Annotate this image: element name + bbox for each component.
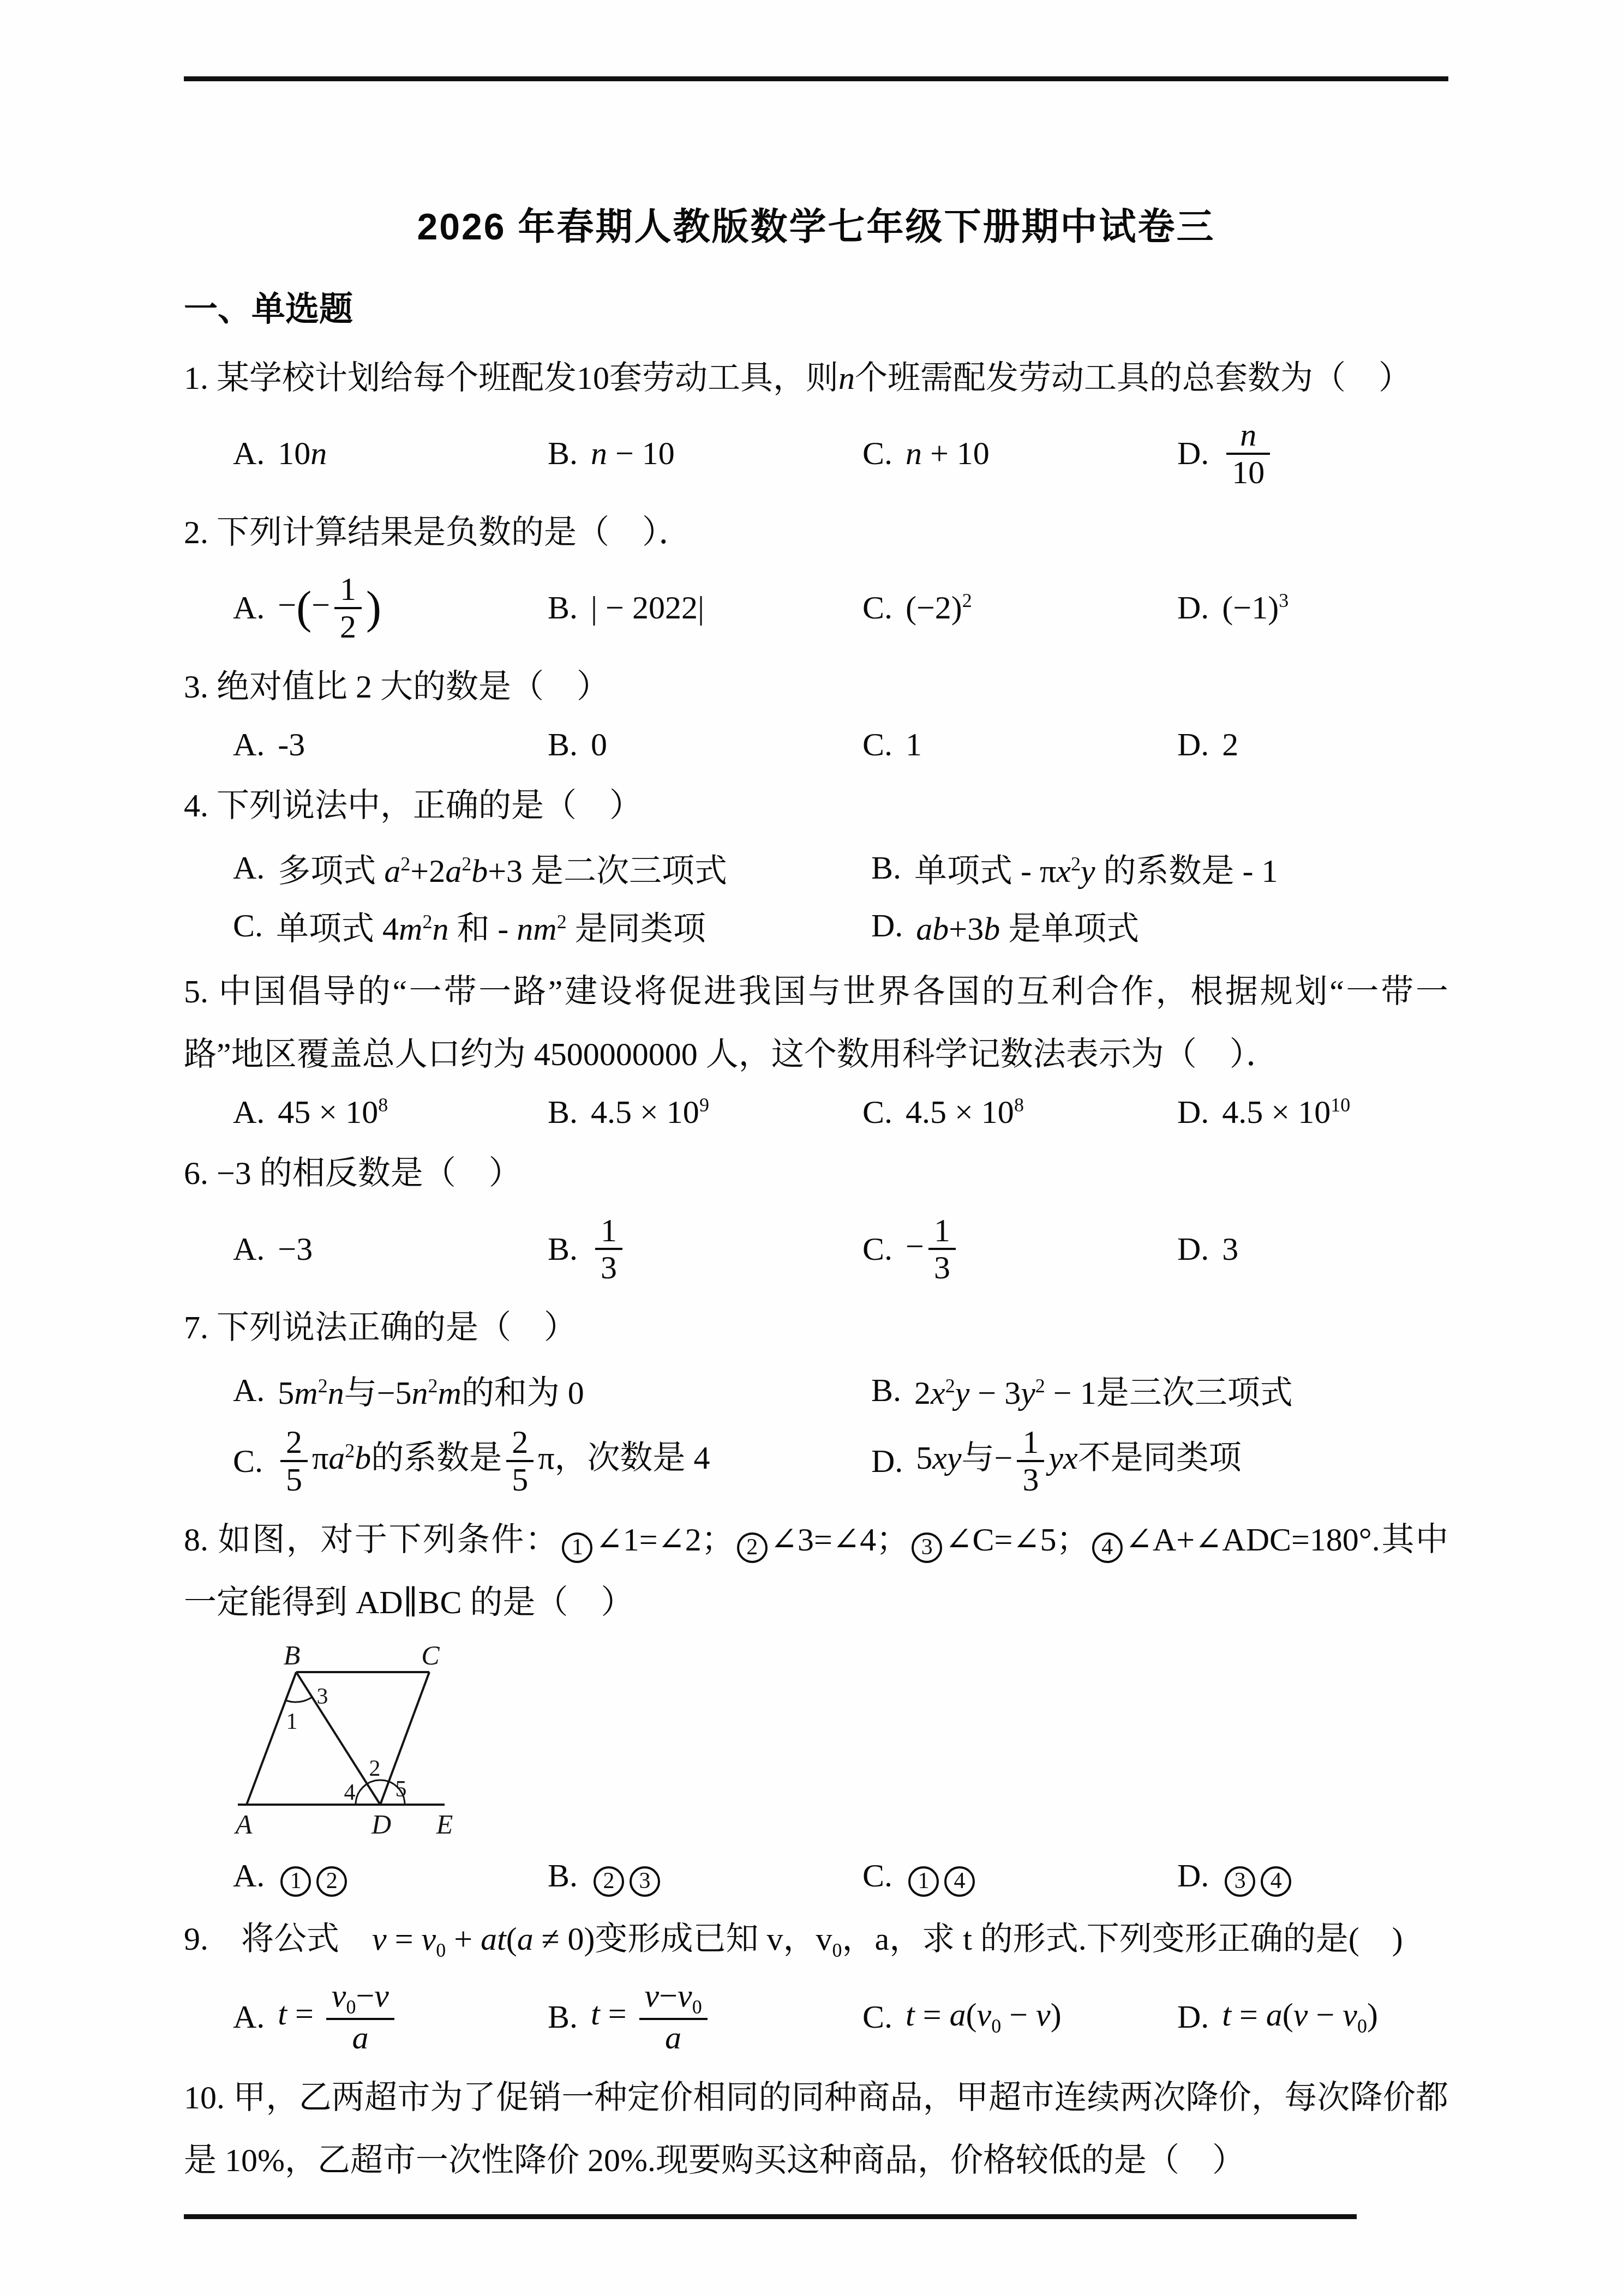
option: D.n10 [1177, 417, 1492, 490]
option-text: t = v−v0a [591, 1978, 712, 2055]
option-label: C. [233, 907, 263, 945]
option-text: t = v0−va [278, 1978, 399, 2055]
question-8-options: A.12 B.23 C.14 D.34 [184, 1855, 1448, 1897]
option-text: n10 [1222, 417, 1274, 490]
option: B.单项式 - πx2y 的系数是 - 1 [871, 845, 1509, 892]
option-label: D. [1177, 1998, 1209, 2036]
option: C.25πa2b的系数是25π，次数是 4 [233, 1425, 871, 1498]
option-label: D. [1177, 589, 1209, 627]
question-6-options: A.−3 B.13 C.−13 D.3 [184, 1213, 1448, 1286]
question-1: 1. 某学校计划给每个班配发10套劳动工具，则n个班需配发劳动工具的总套数为（ … [184, 347, 1448, 490]
question-1-stem: 1. 某学校计划给每个班配发10套劳动工具，则n个班需配发劳动工具的总套数为（ … [184, 347, 1448, 410]
option-text: n + 10 [906, 435, 990, 472]
option: C.4.5 × 108 [862, 1093, 1177, 1131]
option-label: C. [862, 726, 892, 764]
question-3: 3. 绝对值比 2 大的数是（ ） A.-3 B.0 C.1 D.2 [184, 656, 1448, 764]
question-5-stem: 5. 中国倡导的“一带一路”建设将促进我国与世界各国的互利合作，根据规划“一带一… [184, 960, 1448, 1086]
option-label: D. [1177, 1093, 1209, 1131]
option: A.−3 [233, 1230, 548, 1268]
exam-content: 2026 年春期人教版数学七年级下册期中试卷三 一、单选题 1. 某学校计划给每… [184, 76, 1448, 2195]
option-text: −13 [906, 1213, 960, 1286]
option-label: C. [862, 1998, 892, 2036]
question-3-options: A.-3 B.0 C.1 D.2 [184, 726, 1448, 764]
option-text: −(−12) [278, 572, 381, 645]
option-label: B. [548, 589, 578, 627]
option-label: A. [233, 435, 265, 472]
section-heading: 一、单选题 [184, 282, 1448, 330]
exam-page: 2026 年春期人教版数学七年级下册期中试卷三 一、单选题 1. 某学校计划给每… [0, 0, 1624, 2296]
option-label: D. [871, 907, 903, 945]
option-text: 多项式 a2+2a2b+3 是二次三项式 [278, 845, 727, 892]
question-5-options: A.45 × 108 B.4.5 × 109 C.4.5 × 108 D.4.5… [184, 1093, 1448, 1131]
option: A.-3 [233, 726, 548, 764]
q8-figure: B C A D E 1 3 2 4 5 [227, 1643, 462, 1839]
option-label: B. [548, 1998, 578, 2036]
option-text: 4.5 × 1010 [1222, 1093, 1350, 1131]
question-7-options-row-2: C.25πa2b的系数是25π，次数是 4 D.5xy与−13yx不是同类项 [184, 1425, 1448, 1498]
option: A.12 [233, 1855, 548, 1897]
option-text: | − 2022| [591, 589, 704, 627]
option: B.4.5 × 109 [548, 1093, 862, 1131]
question-2-stem: 2. 下列计算结果是负数的是（ ）． [184, 501, 1448, 564]
option-text: 12 [278, 1855, 350, 1897]
option: B.0 [548, 726, 862, 764]
option: A.t = v0−va [233, 1978, 548, 2055]
question-5: 5. 中国倡导的“一带一路”建设将促进我国与世界各国的互利合作，根据规划“一带一… [184, 960, 1448, 1131]
option-text: 45 × 108 [278, 1093, 388, 1131]
option-label: A. [233, 1372, 265, 1409]
option: D.ab+3b 是单项式 [871, 903, 1509, 949]
option: D.34 [1177, 1855, 1492, 1897]
option: B.| − 2022| [548, 589, 862, 627]
option: B.n − 10 [548, 435, 862, 472]
option-label: D. [1177, 1230, 1209, 1268]
question-7-options-row-1: A.5m2n与−5n2m的和为 0 B.2x2y − 3y2 − 1是三次三项式 [184, 1367, 1448, 1414]
option-label: D. [1177, 726, 1209, 764]
option-label: D. [1177, 1857, 1209, 1895]
question-10: 10. 甲，乙两超市为了促销一种定价相同的同种商品，甲超市连续两次降价，每次降价… [184, 2066, 1448, 2192]
option-text: 1 [906, 726, 922, 764]
option: B.2x2y − 3y2 − 1是三次三项式 [871, 1367, 1509, 1414]
option-text: (−2)2 [906, 589, 972, 627]
question-9-stem: 9. 将公式 v = v0 + at(a ≠ 0)变形成已知 v，v0，a，求 … [184, 1908, 1448, 1970]
option: C.1 [862, 726, 1177, 764]
option-text: 2 [1222, 726, 1238, 764]
option: C.14 [862, 1855, 1177, 1897]
option-label: B. [548, 435, 578, 472]
question-9-options: A.t = v0−va B.t = v−v0a C.t = a(v0 − v) … [184, 1978, 1448, 2055]
option-label: B. [548, 726, 578, 764]
question-6-stem: 6. −3 的相反数是（ ） [184, 1142, 1448, 1205]
option-label: D. [1177, 435, 1209, 472]
option-text: ab+3b 是单项式 [916, 903, 1139, 949]
option-text: 单项式 4m2n 和 - nm2 是同类项 [276, 903, 706, 949]
option: A.−(−12) [233, 572, 548, 645]
option: D.(−1)3 [1177, 589, 1492, 627]
question-1-options: A.10n B.n − 10 C.n + 10 D.n10 [184, 417, 1448, 490]
figure-angle-label-3: 3 [317, 1684, 328, 1709]
bottom-rule [184, 2214, 1357, 2219]
figure-point-label-C: C [421, 1643, 440, 1670]
question-8: 8. 如图，对于下列条件：1∠1=∠2；2∠3=∠4；3∠C=∠5；4∠A+∠A… [184, 1508, 1448, 1897]
option-label: C. [862, 589, 892, 627]
option-text: 0 [591, 726, 607, 764]
option-text: n − 10 [591, 435, 675, 472]
option-text: 5m2n与−5n2m的和为 0 [278, 1367, 584, 1414]
option-label: B. [871, 849, 901, 887]
option: B.13 [548, 1213, 862, 1286]
option-label: A. [233, 589, 265, 627]
option-text: 13 [591, 1213, 627, 1286]
question-4: 4. 下列说法中，正确的是（ ） A.多项式 a2+2a2b+3 是二次三项式 … [184, 774, 1448, 949]
option: B.23 [548, 1855, 862, 1897]
question-10-stem: 10. 甲，乙两超市为了促销一种定价相同的同种商品，甲超市连续两次降价，每次降价… [184, 2066, 1448, 2192]
option-text: 4.5 × 109 [591, 1093, 709, 1131]
option-text: 2x2y − 3y2 − 1是三次三项式 [914, 1367, 1293, 1414]
option-text: −3 [278, 1230, 313, 1268]
option: D.5xy与−13yx不是同类项 [871, 1425, 1509, 1498]
question-2-options: A.−(−12) B.| − 2022| C.(−2)2 D.(−1)3 [184, 572, 1448, 645]
question-6: 6. −3 的相反数是（ ） A.−3 B.13 C.−13 D.3 [184, 1142, 1448, 1285]
option: D.2 [1177, 726, 1492, 764]
option: C.t = a(v0 − v) [862, 1996, 1177, 2037]
option-label: A. [233, 1093, 265, 1131]
option-label: C. [862, 1230, 892, 1268]
option-label: B. [548, 1857, 578, 1895]
option-label: C. [233, 1442, 263, 1480]
option-label: A. [233, 1230, 265, 1268]
question-8-stem: 8. 如图，对于下列条件：1∠1=∠2；2∠3=∠4；3∠C=∠5；4∠A+∠A… [184, 1508, 1448, 1634]
option: A.多项式 a2+2a2b+3 是二次三项式 [233, 845, 871, 892]
option-label: C. [862, 1857, 892, 1895]
option-text: 10n [278, 435, 327, 472]
option-label: A. [233, 1857, 265, 1895]
option: D.4.5 × 1010 [1177, 1093, 1492, 1131]
option-label: A. [233, 1998, 265, 2036]
option-label: C. [862, 1093, 892, 1131]
option: D.3 [1177, 1230, 1492, 1268]
question-7: 7. 下列说法正确的是（ ） A.5m2n与−5n2m的和为 0 B.2x2y … [184, 1296, 1448, 1498]
question-9: 9. 将公式 v = v0 + at(a ≠ 0)变形成已知 v，v0，a，求 … [184, 1908, 1448, 2055]
figure-angle-label-2: 2 [369, 1756, 381, 1781]
option-text: 3 [1222, 1230, 1238, 1268]
option-text: 5xy与−13yx不是同类项 [916, 1425, 1241, 1498]
option: B.t = v−v0a [548, 1978, 862, 2055]
option: C.−13 [862, 1213, 1177, 1286]
question-2: 2. 下列计算结果是负数的是（ ）． A.−(−12) B.| − 2022| … [184, 501, 1448, 645]
figure-arc-angle-B [286, 1697, 312, 1702]
option: C.(−2)2 [862, 589, 1177, 627]
option-label: B. [548, 1093, 578, 1131]
option: A.45 × 108 [233, 1093, 548, 1131]
option-text: (−1)3 [1222, 589, 1289, 627]
option-text: 25πa2b的系数是25π，次数是 4 [276, 1425, 710, 1498]
option: A.10n [233, 435, 548, 472]
figure-point-label-A: A [234, 1809, 253, 1839]
option-label: B. [871, 1372, 901, 1409]
question-4-options-row-2: C.单项式 4m2n 和 - nm2 是同类项 D.ab+3b 是单项式 [184, 903, 1448, 949]
option-text: 34 [1222, 1855, 1294, 1897]
q8-figure-wrap: B C A D E 1 3 2 4 5 [227, 1643, 1448, 1847]
figure-angle-label-5: 5 [395, 1777, 407, 1802]
option-text: 14 [906, 1855, 978, 1897]
question-7-stem: 7. 下列说法正确的是（ ） [184, 1296, 1448, 1359]
option-text: 23 [591, 1855, 663, 1897]
option-label: A. [233, 726, 265, 764]
option-text: -3 [278, 726, 305, 764]
option-text: 单项式 - πx2y 的系数是 - 1 [914, 845, 1278, 892]
option-text: 4.5 × 108 [906, 1093, 1024, 1131]
option-label: A. [233, 849, 265, 887]
figure-point-label-E: E [436, 1809, 453, 1839]
figure-line-BD [296, 1672, 380, 1805]
figure-angle-label-1: 1 [286, 1709, 298, 1734]
option-text: t = a(v0 − v) [906, 1996, 1062, 2037]
option-label: D. [871, 1442, 903, 1480]
question-4-stem: 4. 下列说法中，正确的是（ ） [184, 774, 1448, 837]
option: C.单项式 4m2n 和 - nm2 是同类项 [233, 903, 871, 949]
option: A.5m2n与−5n2m的和为 0 [233, 1367, 871, 1414]
figure-angle-label-4: 4 [344, 1780, 356, 1805]
option: D.t = a(v − v0) [1177, 1996, 1492, 2037]
figure-point-label-B: B [284, 1643, 301, 1670]
question-4-options-row-1: A.多项式 a2+2a2b+3 是二次三项式 B.单项式 - πx2y 的系数是… [184, 845, 1448, 892]
question-3-stem: 3. 绝对值比 2 大的数是（ ） [184, 656, 1448, 718]
figure-point-label-D: D [371, 1809, 391, 1839]
option-label: B. [548, 1230, 578, 1268]
figure-line-AB [247, 1672, 296, 1805]
option-label: C. [862, 435, 892, 472]
option: C.n + 10 [862, 435, 1177, 472]
option-text: t = a(v − v0) [1222, 1996, 1378, 2037]
page-title: 2026 年春期人教版数学七年级下册期中试卷三 [184, 197, 1448, 250]
